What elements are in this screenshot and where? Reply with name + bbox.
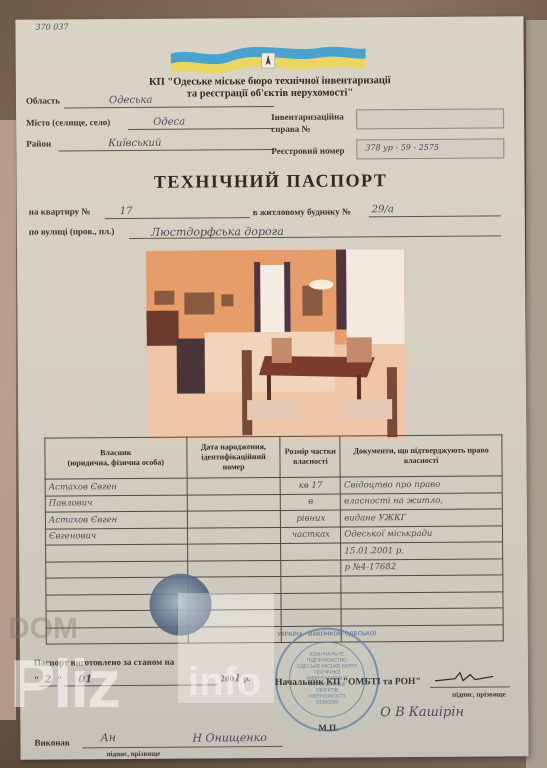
watermark-pliz: Pliz: [10, 645, 119, 723]
city-value: Одеса: [153, 117, 185, 128]
registry-label: Реєстровий номер: [271, 145, 344, 156]
document-cell: видане УЖКГ: [341, 509, 503, 527]
owners-table-header: Власник (юридична, фізична особа) Дата н…: [45, 435, 502, 479]
header-share-size: Розмір частки власності: [280, 436, 340, 477]
head-title-label: Начальник КП "ОМБТІ та РОН": [275, 677, 421, 688]
share-cell: частках: [281, 527, 341, 544]
city-field: Одеса: [128, 118, 274, 130]
document-title: ТЕХНІЧНИЙ ПАСПОРТ: [16, 169, 524, 194]
head-signature-icon: [435, 670, 495, 684]
building-label: в житловому будинку №: [253, 206, 351, 217]
owner-cell: [46, 544, 188, 561]
building-field: 29/а: [369, 205, 501, 217]
ukrainian-flag-icon: [171, 42, 366, 75]
city-label: Місто (селище, село): [26, 117, 110, 128]
apartment-field: 17: [105, 207, 250, 219]
document-cell: [341, 608, 503, 626]
owner-cell: Астахов Євген: [45, 511, 187, 528]
document-cell: [341, 575, 503, 593]
executor-sign-caption: підпис, прізвище: [107, 750, 161, 758]
header-birthdate-id: Дата народження, ідентифікаційний номер: [186, 436, 280, 478]
oblast-label: Область: [26, 95, 60, 105]
share-cell: в: [281, 494, 341, 511]
header-documents: Документи, що підтверджують право власно…: [340, 435, 502, 477]
birthdate-id-cell: [187, 560, 281, 577]
birthdate-id-cell: [187, 527, 281, 544]
inventory-case-field: [356, 108, 504, 129]
owner-cell: Євгенович: [45, 528, 187, 545]
inventory-label-line2: справа №: [271, 122, 344, 135]
share-cell: [281, 593, 341, 610]
stamp-ring-text: УКРАЇНА • ВИКОНКОМ ОДЕСЬКОЇ: [277, 631, 377, 638]
birthdate-id-cell: [187, 494, 281, 511]
oblast-field: Одеська: [64, 96, 274, 108]
apartment-label: на квартиру №: [29, 206, 91, 216]
inventory-label: Інвентаризаційна справа №: [271, 110, 344, 135]
share-cell: кв 17: [281, 477, 341, 494]
table-row: [46, 624, 503, 644]
district-field: Київський: [58, 139, 274, 152]
watermark-info: info: [188, 660, 261, 705]
street-value: Люстдорфська дорога: [151, 225, 284, 239]
street-field: Люстдорфська дорога: [129, 225, 501, 239]
stamp-place-label: М.П.: [318, 723, 338, 733]
stamp-line: 03350290: [277, 699, 377, 706]
street-label: по вулиці (пров., пл.): [29, 226, 115, 237]
document-cell: Одеської міськради: [341, 525, 503, 543]
share-cell: [281, 576, 341, 593]
watermark-dom: DOM: [8, 612, 78, 646]
share-cell: рівних: [281, 510, 341, 527]
interior-photo: [144, 247, 407, 443]
head-sign-caption: підпис, прізвище: [452, 690, 506, 698]
apartment-value: 17: [120, 206, 133, 217]
share-cell: [281, 543, 341, 560]
district-value: Київський: [108, 138, 161, 149]
share-cell: [281, 560, 341, 577]
owners-table: Власник (юридична, фізична особа) Дата н…: [44, 434, 503, 644]
document-cell: Свідоцтво про право: [340, 476, 502, 494]
owner-cell: Павлович: [45, 495, 187, 512]
building-value: 29/а: [372, 204, 394, 215]
registry-number-field: 378 ур - 59 - 2575: [356, 138, 504, 159]
birthdate-id-cell: [187, 477, 281, 494]
executor-label: Виконав: [34, 737, 69, 747]
share-cell: [281, 609, 341, 626]
executor-signature-line: Ан Н Онищенко: [82, 736, 282, 748]
document-cell: р №4-17682: [341, 558, 503, 576]
executor-signature: Ан: [100, 731, 116, 744]
document-cell: власності на житло,: [341, 492, 503, 510]
inventory-label-line1: Інвентаризаційна: [271, 110, 344, 123]
corner-note: 370 037: [35, 22, 68, 31]
oblast-value: Одеська: [109, 95, 153, 106]
head-name: О В Кашірін: [380, 705, 464, 721]
registry-number-value: 378 ур - 59 - 2575: [365, 143, 439, 153]
executor-name: Н Онищенко: [192, 731, 266, 745]
owner-cell: [46, 561, 188, 578]
dining-room-image: [146, 249, 405, 441]
district-label: Район: [26, 139, 51, 149]
owner-cell: Астахов Євген: [45, 478, 187, 495]
header-owner: Власник (юридична, фізична особа): [45, 437, 187, 479]
head-signature-line: [430, 676, 510, 688]
page-edge-right: [526, 20, 547, 768]
birthdate-id-cell: [187, 543, 281, 560]
birthdate-id-cell: [187, 510, 281, 527]
document-cell: 15.01.2001 р.: [341, 542, 503, 560]
document-cell: [341, 591, 503, 609]
